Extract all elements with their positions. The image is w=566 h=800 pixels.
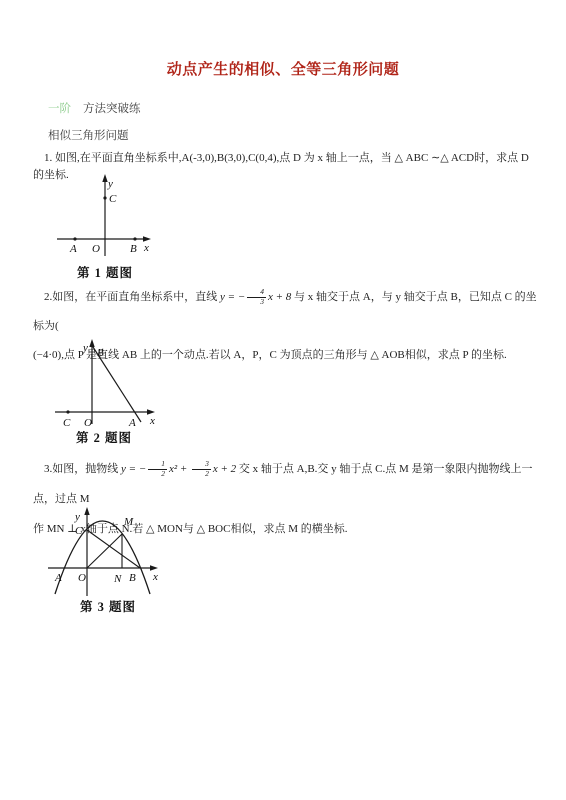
label-x: x: [149, 415, 155, 427]
figure-1-coordinate-plot: y C A O B x: [45, 174, 165, 269]
label-y: y: [74, 511, 80, 523]
label-b: B: [97, 347, 104, 359]
label-c: C: [75, 525, 83, 537]
problem-2-math-segment: x + 8: [268, 291, 291, 303]
y-axis-arrow-icon: [89, 339, 94, 347]
label-c: C: [109, 193, 117, 205]
point-b-dot: [133, 237, 136, 240]
problem-2-text-segment: 2.如图，在平面直角坐标系中，直线: [44, 291, 220, 303]
label-n: N: [113, 573, 122, 585]
fraction-numerator: 4: [247, 288, 266, 298]
section-title: 相似三角形问题: [48, 127, 129, 143]
point-a-dot: [73, 237, 76, 240]
figure-2-coordinate-plot: y B C O A x: [50, 338, 170, 430]
problem-3-text-segment: 3.如图，抛物线: [44, 463, 121, 475]
fraction-numerator: 3: [192, 460, 211, 470]
x-axis-arrow-icon: [150, 565, 158, 570]
label-y: y: [107, 178, 113, 190]
x-axis-arrow-icon: [143, 236, 151, 241]
problem-2-math-segment: y = −: [220, 291, 245, 303]
fraction-1-2: 12: [148, 460, 167, 479]
problem-3-math-segment: x + 2: [213, 463, 236, 475]
fraction-denominator: 2: [148, 470, 167, 479]
label-a: A: [69, 243, 77, 255]
problem-2-line-1: 2.如图，在平面直角坐标系中，直线 y = −43x + 8 与 x 轴交于点 …: [33, 283, 539, 341]
page-title: 动点产生的相似、全等三角形问题: [0, 58, 566, 79]
point-c-dot: [66, 410, 69, 413]
figure-1-caption: 第 1 题图: [45, 263, 165, 281]
figure-3-caption: 第 3 题图: [48, 597, 168, 615]
y-axis-arrow-icon: [84, 507, 89, 515]
label-b: B: [129, 572, 136, 584]
label-a: A: [54, 572, 62, 584]
fraction-denominator: 2: [192, 470, 211, 479]
problem-3-line-1: 3.如图，抛物线 y = −12x² + 32x + 2 交 x 轴于点 A,B…: [33, 454, 539, 514]
stage-badge: 一阶: [48, 103, 71, 115]
y-axis-arrow-icon: [102, 174, 107, 182]
label-x: x: [143, 242, 149, 254]
label-m: M: [123, 516, 134, 528]
worksheet-page: 动点产生的相似、全等三角形问题 一阶方法突破练 相似三角形问题 1. 如图,在平…: [0, 0, 566, 800]
label-o: O: [92, 243, 100, 255]
fraction-3-2: 32: [192, 460, 211, 479]
stage-line: 一阶方法突破练: [48, 100, 141, 116]
problem-3-math-segment: x² +: [169, 463, 190, 475]
label-x: x: [152, 571, 158, 583]
parabola-curve: [55, 521, 150, 594]
label-y: y: [82, 342, 88, 354]
figure-2-caption: 第 2 题图: [44, 428, 164, 446]
fraction-denominator: 3: [247, 298, 266, 307]
fraction-4-3: 43: [247, 288, 266, 307]
label-b: B: [130, 243, 137, 255]
label-o: O: [78, 572, 86, 584]
fraction-numerator: 1: [148, 460, 167, 470]
point-c-dot: [103, 196, 106, 199]
problem-3-math-segment: y = −: [121, 463, 146, 475]
x-axis-arrow-icon: [147, 409, 155, 414]
stage-title: 方法突破练: [83, 103, 141, 115]
figure-3-parabola-plot: y C M A O N B x: [42, 506, 167, 601]
